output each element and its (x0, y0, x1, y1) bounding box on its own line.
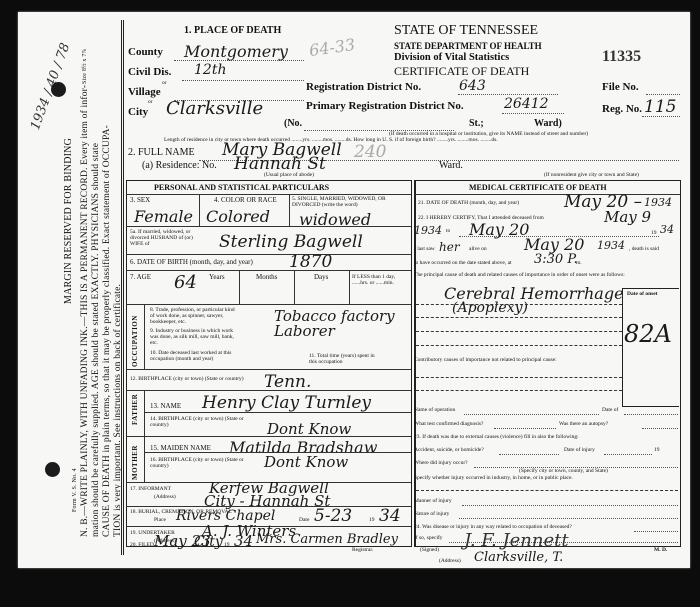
binding-hole-top (51, 82, 66, 97)
alive-on-label: alive on (469, 246, 487, 252)
injury-date-label: Date of injury (564, 447, 595, 453)
county-value: Montgomery (184, 42, 288, 61)
alive-on-year: 1934 (597, 239, 625, 252)
principal-cause-value-2: (Apoplexy) (452, 300, 528, 316)
total-time-label: 11. Total time (years) spent in this occ… (309, 353, 379, 365)
registration-district-label: Registration District No. (306, 81, 421, 93)
months-label: Months (256, 273, 277, 281)
less-than-day-label: If LESS than 1 day, ......hrs. or ......… (352, 274, 408, 286)
department-title: STATE DEPARTMENT OF HEALTH (394, 41, 542, 51)
or-label: or (148, 99, 153, 105)
color-label: 4. COLOR OR RACE (214, 196, 277, 204)
informant-label: 17. INFORMANT (130, 486, 171, 492)
reg-no-value: 115 (644, 97, 676, 117)
last-worked-label: 10. Date deceased last worked at this oc… (150, 350, 250, 362)
reg-no-label: Reg. No. (602, 103, 642, 115)
date-of-onset-label: Date of onset (627, 291, 658, 297)
nature-label: Nature of injury (414, 511, 449, 517)
physician-signature: J. F. Jennett (464, 530, 569, 551)
residence-value: Hannah St (234, 154, 326, 174)
civil-district-value: 12th (194, 62, 226, 78)
color-value: Colored (206, 207, 270, 226)
no-label: (No. (284, 118, 302, 129)
primary-registration-label: Primary Registration District No. (306, 100, 464, 112)
dob-value: 1870 (289, 252, 332, 272)
occurred-time: 3:30 P. (534, 252, 578, 267)
where-injury-label: Where did injury occur? (414, 460, 468, 466)
binding-text: MARGIN RESERVED FOR BINDING (63, 138, 74, 304)
size-note: Size 8½ x 7⅞ (80, 49, 91, 84)
residence-ward-label: Ward. (439, 160, 463, 171)
years-label: Years (209, 273, 225, 281)
pencil-number-top: 64-33 (308, 35, 356, 60)
specify-injury-label: Specify whether injury occurred in indus… (414, 475, 573, 481)
if-so-specify-label: If so, specify (414, 535, 443, 541)
registration-district-value: 643 (459, 78, 486, 94)
father-birthplace-label: 14. BIRTHPLACE (city or town) (State or … (150, 416, 260, 428)
pencil-number-name: 240 (354, 142, 386, 162)
last-saw-label: I last saw (414, 246, 435, 252)
principal-cause-label: The principal cause of death and related… (414, 272, 676, 278)
cause-code: 82A (624, 320, 672, 348)
operation-label: Name of operation (414, 407, 455, 413)
filed-year-prefix: 19 (224, 542, 230, 548)
sex-value: Female (134, 207, 193, 226)
father-side-label: FATHER (131, 394, 139, 425)
dob-label: 6. DATE OF BIRTH (month, day, and year) (130, 258, 253, 266)
to-label: to (446, 228, 450, 234)
injury-year-label: 19 (654, 447, 660, 453)
mother-birthplace-label: 16. BIRTHPLACE (city or town) (State or … (150, 457, 260, 469)
last-saw-value: her (439, 240, 460, 254)
or-label: or (162, 80, 167, 86)
physician-address-value: Clarksville, T. (474, 550, 563, 565)
md-label: M. D. (654, 547, 667, 553)
registrar-value: Mrs. Carmen Bradley (256, 532, 398, 547)
father-name-label: 13. NAME (150, 402, 181, 410)
residence-label: (a) Residence: No. (142, 160, 217, 171)
attended-to-year-prefix: 19 (651, 230, 657, 236)
industry-value: Laborer (274, 322, 335, 340)
physician-address-label: (Address) (439, 558, 461, 564)
contributory-label: Contributory causes of importance not re… (414, 357, 557, 363)
burial-place-label: Place (154, 517, 166, 523)
days-label: Days (314, 273, 328, 281)
marital-label: 5. SINGLE, MARRIED, WIDOWED, OR DIVORCED… (292, 196, 410, 208)
death-certificate: 1934 / 40 / 78 Size 8½ x 7⅞ MARGIN RESER… (18, 12, 690, 568)
autopsy-label: Was there an autopsy? (559, 421, 608, 427)
external-causes-label: 23. If death was due to external causes … (414, 434, 579, 440)
city-value: Clarksville (166, 98, 263, 119)
informant-address-label: (Address) (154, 494, 176, 500)
date-of-death-label: 21. DATE OF DEATH (month, day, and year) (418, 200, 519, 206)
signed-label: (Signed) (420, 547, 439, 553)
registrar-label: Registrar. (352, 547, 373, 553)
attended-from-year: 1934 (414, 224, 442, 237)
usual-place-note: (Usual place of abode) (264, 172, 314, 178)
binding-hole-bottom (45, 462, 60, 477)
division-title: Division of Vital Statistics (394, 52, 509, 63)
certificate-number: 11335 (602, 48, 641, 66)
filed-year-value: 34 (234, 532, 253, 550)
certificate-form: 1. PLACE OF DEATH 64-33 STATE OF TENNESS… (121, 20, 682, 555)
burial-year-value: 34 (379, 506, 401, 526)
birthplace-label: 12. BIRTHPLACE (city or town) (State or … (130, 376, 245, 382)
trade-label: 8. Trade, profession, or particular kind… (150, 307, 240, 325)
occurred-label: to have occurred on the date stated abov… (414, 260, 512, 266)
medical-section-title: MEDICAL CERTIFICATE OF DEATH (469, 183, 607, 192)
county-label: County (128, 46, 163, 58)
spouse-label: 5a. If married, widowed, or divorced HUS… (130, 229, 200, 247)
full-name-label: 2. FULL NAME (128, 147, 195, 158)
manner-label: Manner of injury (414, 498, 452, 504)
ward-label: Ward) (534, 118, 562, 129)
primary-registration-value: 26412 (504, 96, 549, 112)
nonresident-note: (If nonresident give city or town and St… (544, 172, 639, 178)
father-name-value: Henry Clay Turnley (202, 393, 371, 413)
age-value: 64 (174, 272, 197, 293)
where-injury-note: (Specify city or town, county, and State… (519, 468, 608, 474)
place-of-death-title: 1. PLACE OF DEATH (184, 25, 281, 36)
burial-date-value: 5-23 (314, 506, 352, 526)
accident-label: Accident, suicide, or homicide? (414, 447, 484, 453)
sex-label: 3. SEX (130, 196, 150, 204)
file-no-label: File No. (602, 81, 639, 93)
certificate-title: CERTIFICATE OF DEATH (394, 64, 529, 79)
mother-name-label: 15. MAIDEN NAME (150, 444, 211, 452)
instructions-line-3: CAUSE OF DEATH in plain terms, so that i… (102, 125, 113, 537)
state-title: STATE OF TENNESSEE (394, 23, 538, 39)
binding-margin: 1934 / 40 / 78 Size 8½ x 7⅞ MARGIN RESER… (18, 12, 118, 568)
mother-birthplace-value: Dont Know (264, 453, 348, 471)
filed-label: 20. FILED (130, 542, 154, 548)
burial-date-label: Date (299, 517, 309, 523)
street-label: St.; (469, 118, 484, 129)
instructions-line-1: N. B.—WRITE PLAINLY, WITH UNFADING INK.—… (80, 85, 91, 537)
death-said-label: , death is said (629, 246, 659, 252)
occupation-side-label: OCCUPATION (131, 315, 139, 367)
filed-value: May 23 (154, 532, 211, 550)
test-label: What test confirmed diagnosis? (414, 421, 484, 427)
mother-side-label: MOTHER (131, 445, 139, 480)
industry-label: 9. Industry or business in which work wa… (150, 328, 240, 346)
age-label: 7. AGE (130, 273, 151, 281)
personal-section-title: PERSONAL AND STATISTICAL PARTICULARS (154, 183, 329, 192)
village-label: Village (128, 86, 161, 98)
attended-from-value: May 9 (604, 208, 651, 226)
occurred-suffix: m. (576, 260, 582, 266)
city-label: City (128, 106, 148, 118)
operation-date-label: Date of (602, 407, 618, 413)
instructions-line-2: mation should be carefully supplied. AGE… (91, 143, 102, 537)
attended-to-year: 34 (660, 223, 674, 236)
form-number: Form V. S. No. 4 (70, 468, 81, 512)
burial-year-prefix: 19 (369, 517, 375, 523)
civil-district-label: Civil Dis. (128, 66, 171, 78)
spouse-value: Sterling Bagwell (219, 232, 363, 252)
birthplace-value: Tenn. (264, 372, 311, 392)
